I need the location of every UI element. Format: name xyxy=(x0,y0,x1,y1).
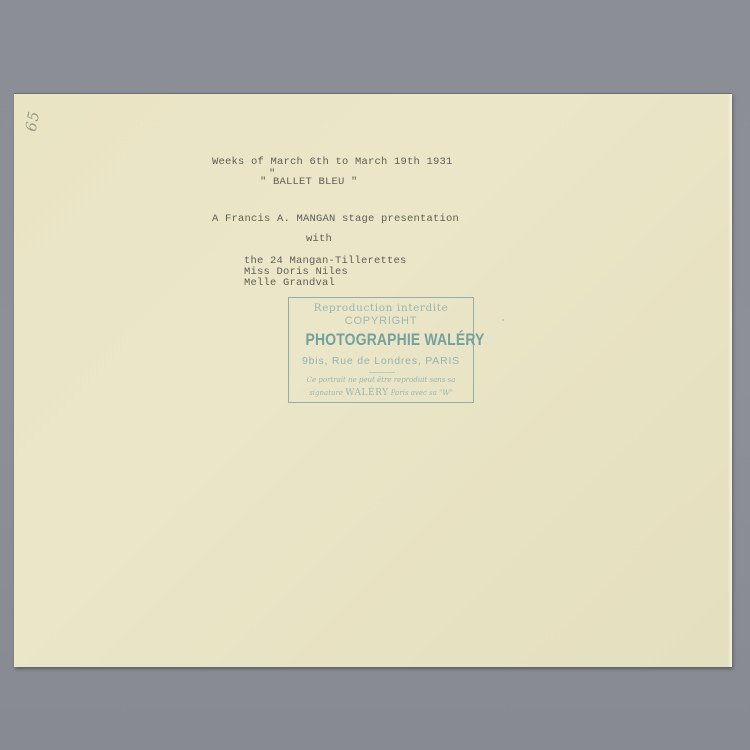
stamp-notice-line1: Ce portrait ne peut être reproduit sans … xyxy=(289,376,473,384)
engagement-dates: Weeks of March 6th to March 19th 1931 xyxy=(212,156,453,168)
copyright-stamp: Reproduction interdite COPYRIGHT PHOTOGR… xyxy=(288,297,474,403)
stamp-studio-name: PHOTOGRAPHIE WALÉRY xyxy=(306,330,457,350)
photograph-reverse-sheet: 65 Weeks of March 6th to March 19th 1931… xyxy=(14,93,732,667)
pencil-annotation: 65 xyxy=(22,109,43,133)
stamp-notice-line2: signature WALÉRY Paris avec sa "W" xyxy=(289,388,473,398)
cast-item: Melle Grandval xyxy=(244,277,335,289)
stamp-copyright-line: COPYRIGHT xyxy=(289,315,473,327)
stamp-notice-suffix: Paris avec sa "W" xyxy=(391,389,453,397)
stamp-reproduction-line: Reproduction interdite xyxy=(289,302,473,314)
presenter-line: A Francis A. MANGAN stage presentation xyxy=(212,213,459,225)
show-title: " BALLET BLEU " xyxy=(260,176,358,188)
with-line: with xyxy=(306,233,332,245)
stamp-signature-name: WALÉRY xyxy=(345,388,388,398)
paper-speck xyxy=(502,319,504,321)
stamp-address: 9bis, Rue de Londres, PARIS xyxy=(289,355,473,367)
stamp-divider xyxy=(369,372,395,373)
stamp-notice-prefix: signature xyxy=(309,389,343,397)
